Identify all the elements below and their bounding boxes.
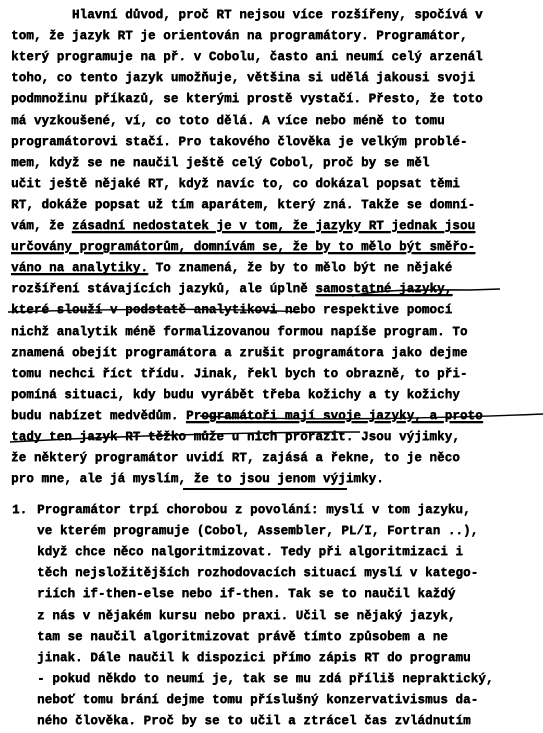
text-line: pro mne, ale já myslím, že to jsou jenom… <box>11 471 384 487</box>
text-line: určovány programátorům, domnívám se, že … <box>11 239 475 255</box>
text-line: programátorovi stačí. Pro takového člově… <box>11 134 467 150</box>
text-segment: budu nabízet medvědům. <box>11 409 186 423</box>
text-segment: tady ten jazyk RT těžko může u nich pror… <box>11 430 460 444</box>
text-segment: Hlavní důvod, proč RT nejsou více rozšíř… <box>11 8 483 22</box>
list-item-line: těch nejsložitějších rozhodovacích situa… <box>37 565 478 581</box>
list-item-line: když chce něco nalgoritmizovat. Tedy při… <box>37 544 463 560</box>
list-item-line: neboť tomu brání dejme tomu příslušný ko… <box>37 692 478 708</box>
text-line: rozšíření stávajících jazyků, ale úplně … <box>11 281 452 297</box>
text-line: mem, když se ne naučil ještě celý Cobol,… <box>11 155 429 171</box>
underlined-text: určovány programátorům, domnívám se, že … <box>11 240 475 254</box>
text-line: které slouží v podstatě analytikovi nebo… <box>11 302 452 318</box>
text-segment: tomu nechci říct třídu. Jinak, řekl bych… <box>11 367 467 381</box>
list-item-line: ného člověka. Proč by se to učil a ztrác… <box>37 713 471 729</box>
text-line: váno na analytiky. To znamená, že by to … <box>11 260 452 276</box>
text-segment: učit ještě nějaké RT, když navíc to, co … <box>11 177 460 191</box>
text-line: tom, že jazyk RT je orientován na progra… <box>11 28 467 44</box>
text-segment: programátorovi stačí. Pro takového člově… <box>11 135 467 149</box>
text-line: který programuje na př. v Cobolu, často … <box>11 49 483 65</box>
text-line: podmnožinu příkazů, se kterými prostě vy… <box>11 91 483 107</box>
text-line: budu nabízet medvědům. Programátoři mají… <box>11 408 483 424</box>
section-separator <box>183 488 347 490</box>
text-line: znamená obejít programátora a zrušit pro… <box>11 345 467 361</box>
text-line: učit ještě nějaké RT, když navíc to, co … <box>11 176 460 192</box>
text-segment: rozšíření stávajících jazyků, ale úplně <box>11 282 315 296</box>
text-segment: že některý programátor uvidí RT, zajásá … <box>11 451 460 465</box>
text-segment: podmnožinu příkazů, se kterými prostě vy… <box>11 92 483 106</box>
list-item-line: z nás v nějakém kursu nebo praxi. Učil s… <box>37 608 455 624</box>
text-segment: toho, co tento jazyk umožňuje, většina s… <box>11 71 475 85</box>
text-line: tady ten jazyk RT těžko může u nich pror… <box>11 429 460 445</box>
text-line: RT, dokáže popsat už tím aparátem, který… <box>11 197 475 213</box>
text-segment: znamená obejít programátora a zrušit pro… <box>11 346 467 360</box>
text-line: má vyzkoušené, ví, co toto dělá. A více … <box>11 113 445 129</box>
list-item-line: - pokud někdo to neumí je, tak se mu zdá… <box>37 671 493 687</box>
text-segment: mem, když se ne naučil ještě celý Cobol,… <box>11 156 429 170</box>
text-line: tomu nechci říct třídu. Jinak, řekl bych… <box>11 366 467 382</box>
text-segment: vám, že <box>11 219 72 233</box>
text-line: toho, co tento jazyk umožňuje, většina s… <box>11 70 475 86</box>
underlined-text: samostatné jazyky, <box>315 282 452 296</box>
text-segment: RT, dokáže popsat už tím aparátem, který… <box>11 198 475 212</box>
underlined-text: zásadní nedostatek je v tom, že jazyky R… <box>72 219 475 233</box>
typewritten-page: Hlavní důvod, proč RT nejsou více rozšíř… <box>0 0 543 733</box>
text-segment: pro mne, ale já myslím, že to jsou jenom… <box>11 472 384 486</box>
text-segment: pomíná situaci, kdy budu vyrábět třeba k… <box>11 388 460 402</box>
list-item-line: Programátor trpí chorobou z povolání: my… <box>37 502 471 518</box>
text-line: Hlavní důvod, proč RT nejsou více rozšíř… <box>11 7 483 23</box>
underlined-text: Programátoři mají svoje jazyky, a proto <box>186 409 483 423</box>
text-segment: tom, že jazyk RT je orientován na progra… <box>11 29 467 43</box>
text-line: že některý programátor uvidí RT, zajásá … <box>11 450 460 466</box>
list-item-line: ve kterém programuje (Cobol, Assembler, … <box>37 523 478 539</box>
text-segment: který programuje na př. v Cobolu, často … <box>11 50 483 64</box>
list-item-line: tam se naučil algoritmizovat právě tímto… <box>37 629 448 645</box>
text-segment: má vyzkoušené, ví, co toto dělá. A více … <box>11 114 445 128</box>
text-segment: nichž analytik méně formalizovanou formo… <box>11 325 467 339</box>
text-segment: To znamená, že by to mělo být ne nějaké <box>148 261 452 275</box>
text-line: pomíná situaci, kdy budu vyrábět třeba k… <box>11 387 460 403</box>
text-segment: které slouží v podstatě analytikovi nebo… <box>11 303 452 317</box>
underlined-text: váno na analytiky. <box>11 261 148 275</box>
list-number: 1. <box>12 502 27 518</box>
text-line: vám, že zásadní nedostatek je v tom, že … <box>11 218 475 234</box>
list-item-line: jinak. Dále naučil k dispozici přímo záp… <box>37 650 471 666</box>
text-line: nichž analytik méně formalizovanou formo… <box>11 324 467 340</box>
list-item-line: riích if-then-else nebo if-then. Tak se … <box>37 586 455 602</box>
